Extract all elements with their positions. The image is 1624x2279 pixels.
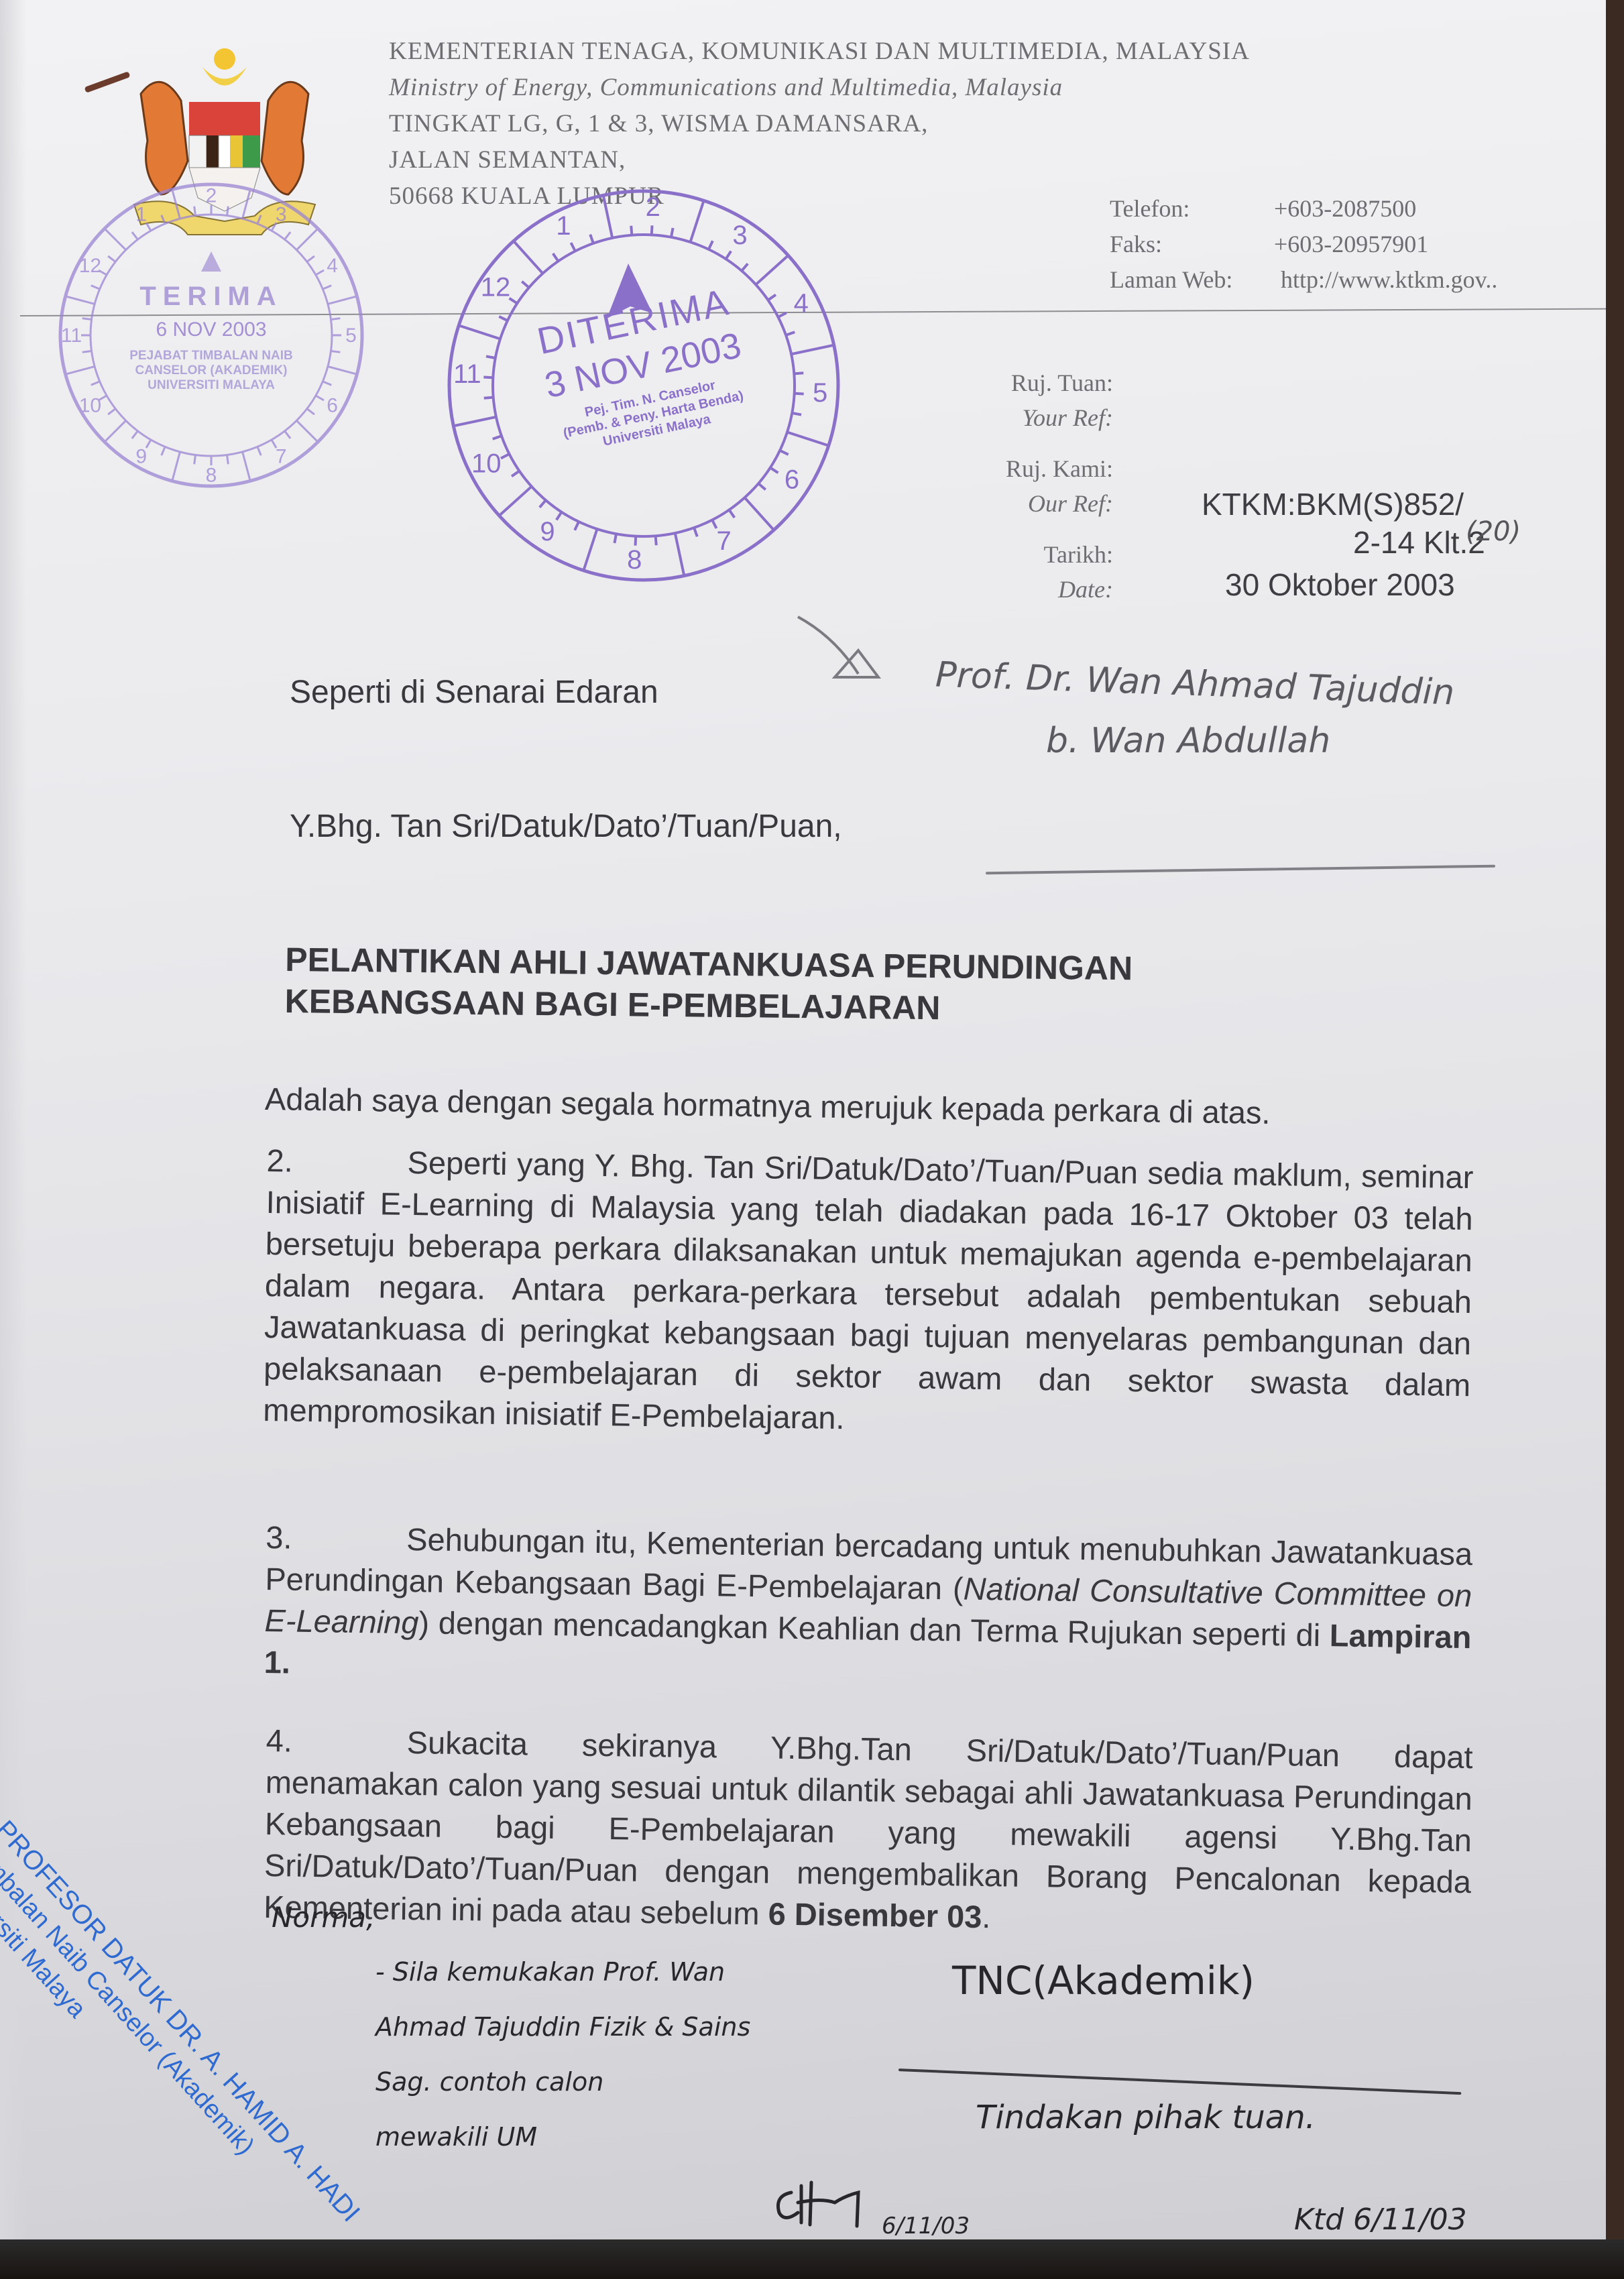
minute-salutation: Norma, [272, 1901, 375, 1934]
svg-text:11: 11 [453, 359, 481, 389]
paragraph-4: 4.Sukacita sekiranya Y.Bhg.Tan Sri/Datuk… [264, 1720, 1473, 1944]
handwritten-nominee-name: Prof. Dr. Wan Ahmad Tajuddin [935, 648, 1456, 720]
contact-phone: Telefon: +603-2087500 [1110, 191, 1497, 227]
handwritten-ref-number: (20) [1466, 516, 1521, 547]
minute-body: - Sila kemukakan Prof. Wan Ahmad Tajuddi… [375, 1944, 885, 2164]
terima-received-stamp: 345678910111212 TERIMA 6 NOV 2003 PEJABA… [54, 171, 369, 500]
svg-text:8: 8 [206, 465, 217, 487]
svg-text:1: 1 [135, 203, 147, 225]
contact-website: Laman Web: http://www.ktkm.gov.. [1110, 262, 1497, 298]
handwritten-nominee-name-2: b. Wan Abdullah [1046, 721, 1330, 761]
signature-icon [771, 2172, 872, 2233]
svg-text:1: 1 [556, 211, 571, 241]
svg-text:9: 9 [540, 517, 555, 546]
svg-text:12: 12 [481, 272, 511, 302]
svg-text:3: 3 [732, 221, 747, 250]
stamp-office: PEJABAT TIMBALAN NAIB CANSELOR (AKADEMIK… [94, 349, 329, 393]
svg-text:7: 7 [276, 446, 287, 468]
svg-text:6: 6 [785, 465, 799, 495]
stamp-title: TERIMA [54, 282, 369, 312]
address-line: TINGKAT LG, G, 1 & 3, WISMA DAMANSARA, [389, 106, 1250, 142]
opening-paragraph: Adalah saya dengan segala hormatnya meru… [265, 1078, 1462, 1136]
contact-block: Telefon: +603-2087500 Faks: +603-2095790… [1110, 191, 1497, 298]
subject-heading: PELANTIKAN AHLI JAWATANKUASA PERUNDINGAN… [284, 939, 1133, 1031]
our-reference-line1: KTKM:BKM(S)852/ [1202, 486, 1464, 522]
addressee: Seperti di Senarai Edaran [290, 674, 658, 711]
second-signature: Ktd 6/11/03 [1294, 2203, 1467, 2237]
svg-text:2: 2 [206, 185, 217, 207]
letter-page: KEMENTERIAN TENAGA, KOMUNIKASI DAN MULTI… [0, 0, 1606, 2253]
ministry-name-ms: KEMENTERIAN TENAGA, KOMUNIKASI DAN MULTI… [389, 34, 1250, 70]
svg-text:6: 6 [327, 394, 338, 416]
paragraph-2: 2.Seperti yang Y. Bhg. Tan Sri/Datuk/Dat… [263, 1140, 1474, 1448]
handwritten-underline [986, 865, 1495, 875]
contact-fax: Faks: +603-20957901 [1110, 227, 1497, 262]
ministry-name-en: Ministry of Energy, Communications and M… [389, 70, 1250, 106]
svg-text:5: 5 [813, 378, 827, 408]
deadline-date: 6 Disember 03 [768, 1895, 982, 1934]
forward-to-note: TNC(Akademik) [952, 1958, 1255, 2003]
handwritten-arrow-icon [795, 610, 882, 684]
svg-text:4: 4 [794, 288, 809, 318]
action-note: Tindakan pihak tuan. [976, 2099, 1316, 2136]
svg-text:2: 2 [646, 192, 660, 222]
paragraph-3: 3.Sehubungan itu, Kementerian bercadang … [264, 1517, 1472, 1700]
svg-text:10: 10 [471, 449, 502, 479]
address-line: JALAN SEMANTAN, [389, 142, 1250, 178]
desk-background [0, 2239, 1624, 2279]
diterima-received-stamp: 345678910111212 DITERIMA 3 NOV 2003 Pej.… [439, 184, 848, 587]
salutation: Y.Bhg. Tan Sri/Datuk/Dato’/Tuan/Puan, [290, 808, 842, 845]
stamp-date: 6 NOV 2003 [54, 318, 369, 341]
website-link[interactable]: http://www.ktkm.gov.. [1281, 262, 1497, 298]
svg-text:4: 4 [327, 255, 338, 277]
svg-text:3: 3 [276, 203, 287, 225]
svg-text:10: 10 [79, 394, 101, 416]
minute-date: 6/11/03 [882, 2213, 970, 2239]
svg-text:7: 7 [717, 526, 732, 556]
svg-text:8: 8 [627, 545, 642, 575]
svg-text:9: 9 [135, 446, 147, 468]
reference-labels: Ruj. Tuan: Your Ref: Ruj. Kami: Our Ref:… [939, 365, 1113, 607]
handwritten-arrow-line [898, 2068, 1461, 2095]
letter-date: 30 Oktober 2003 [1225, 567, 1455, 603]
svg-text:12: 12 [79, 255, 101, 277]
